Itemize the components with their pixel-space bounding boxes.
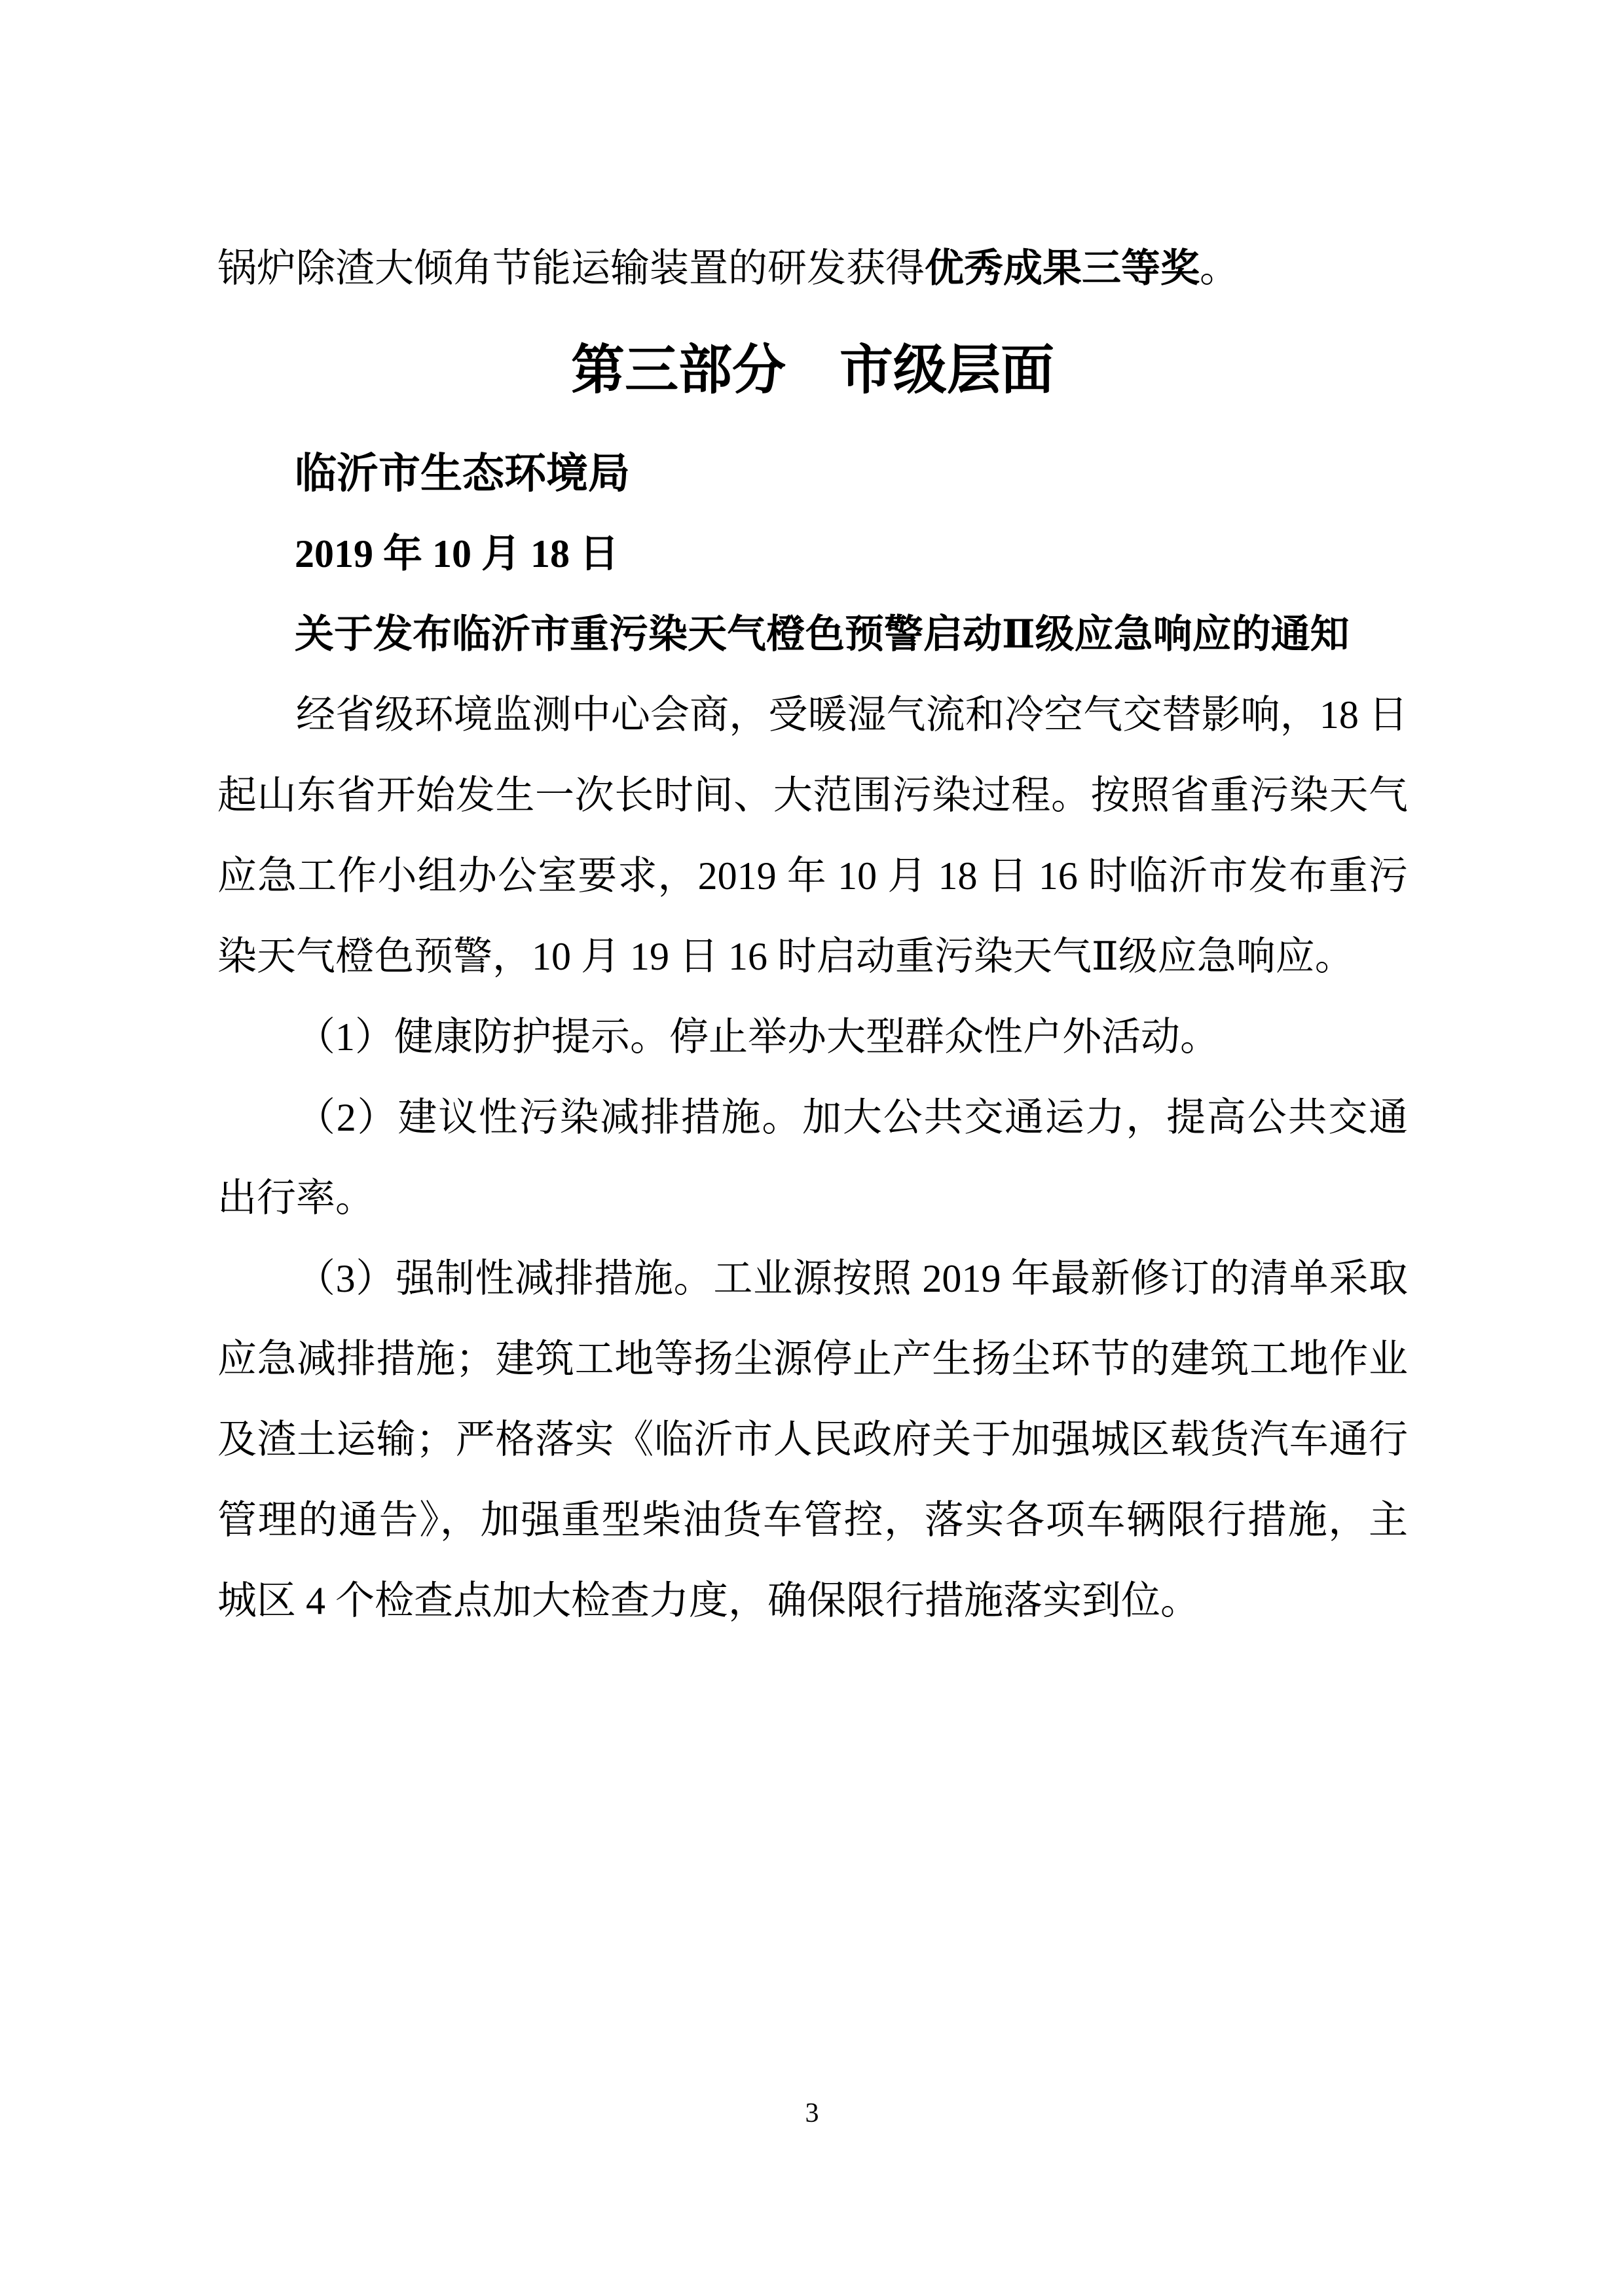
paragraph-weather-consultation: 经省级环境监测中心会商，受暖湿气流和冷空气交替影响，18 日起山东省开始发生一次… bbox=[217, 675, 1408, 997]
paragraph-health-protection: （1）健康防护提示。停止举办大型群众性户外活动。 bbox=[217, 997, 1408, 1078]
page-number: 3 bbox=[0, 2094, 1624, 2133]
document-page: 锅炉除渣大倾角节能运输装置的研发获得优秀成果三等奖。 第三部分 市级层面 临沂市… bbox=[0, 0, 1624, 2296]
notice-title: 关于发布临沂市重污染天气橙色预警启动Ⅱ级应急响应的通知 bbox=[217, 594, 1408, 675]
intro-paragraph: 锅炉除渣大倾角节能运输装置的研发获得优秀成果三等奖。 bbox=[217, 228, 1408, 309]
section-heading: 第三部分 市级层面 bbox=[217, 317, 1408, 424]
intro-text-period: 。 bbox=[1200, 247, 1239, 290]
date-line: 2019 年 10 月 18 日 bbox=[217, 514, 1408, 594]
intro-text-bold: 优秀成果三等奖 bbox=[925, 247, 1200, 290]
paragraph-mandatory-measures: （3）强制性减排措施。工业源按照 2019 年最新修订的清单采取应急减排措施；建… bbox=[217, 1239, 1408, 1641]
intro-text-regular: 锅炉除渣大倾角节能运输装置的研发获得 bbox=[217, 247, 925, 290]
agency-name: 临沂市生态环境局 bbox=[217, 433, 1408, 514]
page-content: 锅炉除渣大倾角节能运输装置的研发获得优秀成果三等奖。 第三部分 市级层面 临沂市… bbox=[217, 228, 1408, 1641]
paragraph-suggested-measures: （2）建议性污染减排措施。加大公共交通运力，提高公共交通出行率。 bbox=[217, 1078, 1408, 1239]
